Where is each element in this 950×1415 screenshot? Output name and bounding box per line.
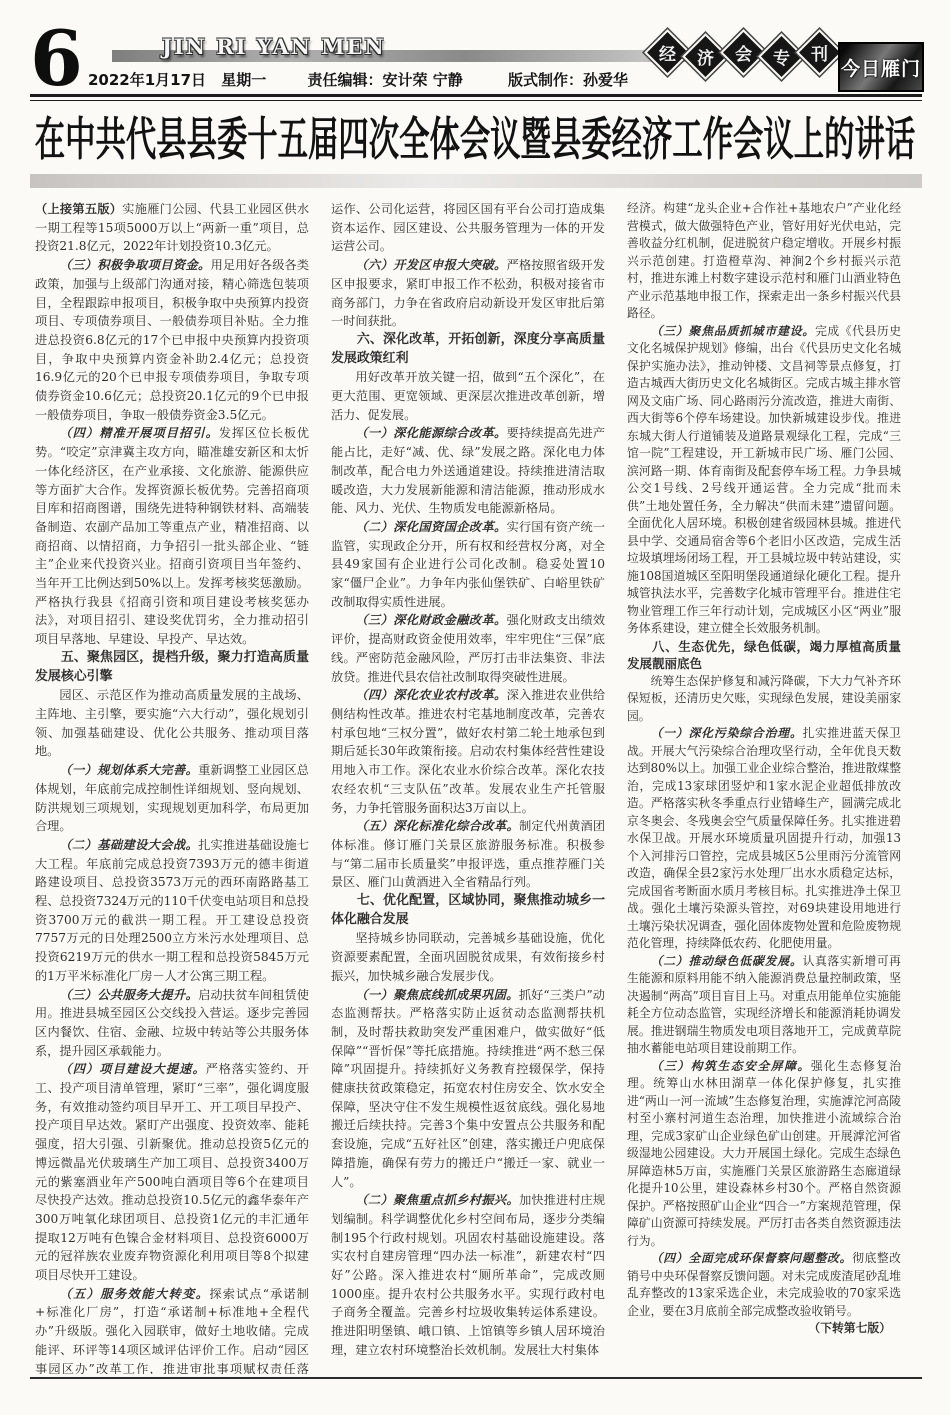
paragraph: （一）规划体系大完善。重新调整工业园区总体规划，年底前完成控制性详细规划、竖向规… bbox=[35, 761, 309, 836]
paragraph: （四）精准开展项目招引。发挥区位长板优势。“咬定”京津冀主攻方向，瞄准雄安新区和… bbox=[35, 424, 309, 648]
paragraph-lead: （三）聚焦品质抓城市建设。 bbox=[651, 324, 815, 338]
dateline: 2022年1月17日 星期一 责任编辑：安计荣 宁静 版式制作：孙爱华 bbox=[88, 69, 628, 90]
paragraph-lead: （五）服务效能大转变。 bbox=[59, 1287, 209, 1301]
logo-text: 今日雁门 bbox=[841, 54, 921, 81]
paragraph-lead: （一）深化能源综合改革。 bbox=[355, 426, 506, 440]
paragraph: （一）聚焦底线抓成果巩固。抓好“三类户”动态监测帮扶。严格落实防止返贫动态监测帮… bbox=[331, 986, 605, 1192]
paragraph: 运作、公司化运营，将园区国有平台公司打造成集资本运作、园区建设、公共服务管理为一… bbox=[331, 200, 605, 256]
paragraph: 统筹生态保护修复和减污降碳，下大力气补齐环保短板，还清历史欠账，实现绿色发展，建… bbox=[627, 673, 901, 726]
paragraph: （三）公共服务大提升。启动扶贫车间租赁使用。推进县城至园区公交线投入营运。逐步完… bbox=[35, 986, 309, 1061]
paragraph: （二）基础建设大会战。扎实推进基础设施七大工程。年底前完成总投资7393万元的德… bbox=[35, 836, 309, 986]
weekday-text: 星期一 bbox=[221, 71, 266, 89]
editor-credit: 责任编辑：安计荣 宁静 bbox=[308, 71, 463, 89]
layout-credit: 版式制作：孙爱华 bbox=[508, 71, 628, 89]
paragraph-text: 用足用好各级各类政策，加强与上级部门沟通对接，精心筛选包装项目，全程跟踪申报项目… bbox=[35, 258, 309, 422]
paragraph-text: 认真落实新增可再生能源和原料用能不纳入能源消费总量控制政策，坚决遏制“两高”项目… bbox=[627, 954, 901, 1056]
banner-char: 刊 bbox=[811, 40, 828, 65]
section-heading: 六、深化改革，开拓创新，深度分享高质量发展政策红利 bbox=[331, 331, 605, 368]
column-3: 经济。构建“龙头企业+合作社+基地农户”产业化经营模式，做大做强特色产业，管好用… bbox=[627, 200, 901, 1374]
paragraph-lead: （三）积极争取项目资金。 bbox=[59, 258, 210, 272]
paragraph-text: 扎实推进蓝天保卫战。开展大气污染综合治理攻坚行动，全年优良天数达到80%以上。加… bbox=[627, 726, 901, 950]
paragraph: （三）积极争取项目资金。用足用好各级各类政策，加强与上级部门沟通对接，精心筛选包… bbox=[35, 256, 309, 424]
paragraph: （四）深化农业农村改革。深入推进农业供给侧结构性改革。推进农村宅基地制度改革，完… bbox=[331, 686, 605, 817]
paragraph: （二）深化国资国企改革。实行国有资产统一监管，实现政企分开，所有权和经营权分离，… bbox=[331, 518, 605, 612]
paragraph: （三）构筑生态安全屏障。强化生态修复治理。统筹山水林田湖草一体化保护修复，扎实推… bbox=[627, 1058, 901, 1251]
paragraph: （六）开发区申报大突破。严格按照省级开发区申报要求，紧盯申报工作不松劲，积极对接… bbox=[331, 256, 605, 331]
paragraph: 园区、示范区作为推动高质量发展的主战场、主阵地、主引擎，要实施“六大行动”，强化… bbox=[35, 686, 309, 761]
paragraph-text: 完成《代县历史文化名城保护规划》修编，出台《代县历史文化名城保护实施办法》，推动… bbox=[627, 324, 901, 636]
continued-from-note: （上接第五版） bbox=[35, 202, 122, 216]
paragraph: （五）深化标准化综合改革。制定代州黄酒团体标准。修订雁门关景区旅游服务标准。积极… bbox=[331, 817, 605, 892]
paragraph-lead: （一）深化污染综合治理。 bbox=[651, 726, 803, 740]
continued-on-note: （下转第七版） bbox=[627, 1320, 901, 1338]
paragraph-lead: （四）精准开展项目招引。 bbox=[59, 426, 218, 440]
paragraph: （五）服务效能大转变。探索试点“承诺制+标准化厂房”，打造“承诺制+标准地+全程… bbox=[35, 1285, 309, 1374]
special-edition-banner: 经 济 会 专 刊 bbox=[648, 38, 838, 71]
paragraph-lead: （三）深化财政金融改革。 bbox=[355, 613, 506, 627]
paragraph: （二）推动绿色低碳发展。认真落实新增可再生能源和原料用能不纳入能源消费总量控制政… bbox=[627, 953, 901, 1058]
newspaper-logo: 今日雁门 bbox=[838, 42, 924, 92]
paragraph-lead: （二）聚焦重点抓乡村振兴。 bbox=[355, 1193, 519, 1207]
paragraph-text: 强化生态修复治理。统筹山水林田湖草一体化保护修复，扎实推进“两山一河一流域”生态… bbox=[627, 1059, 901, 1248]
section-heading: 七、优化配置，区域协同，聚焦推动城乡一体化融合发展 bbox=[331, 892, 605, 929]
paragraph: （四）项目建设大提速。严格落实签约、开工、投产项目清单管理，紧盯“三率”，强化调… bbox=[35, 1060, 309, 1284]
paragraph: 经济。构建“龙头企业+合作社+基地农户”产业化经营模式，做大做强特色产业，管好用… bbox=[627, 200, 901, 323]
banner-diamond: 济 bbox=[684, 36, 725, 77]
article-body: （上接第五版）实施雁门公园、代县工业园区供水一期工程等15项5000万以上“两新… bbox=[35, 200, 901, 1374]
paragraph-lead: （五）深化标准化综合改革。 bbox=[355, 819, 519, 833]
paragraph: （三）深化财政金融改革。强化财政支出绩效评价，提高财政资金使用效率，牢牢兜住“三… bbox=[331, 611, 605, 686]
paragraph: （上接第五版）实施雁门公园、代县工业园区供水一期工程等15项5000万以上“两新… bbox=[35, 200, 309, 256]
paragraph-lead: （三）公共服务大提升。 bbox=[59, 988, 198, 1002]
section-heading: 八、生态优先，绿色低碳，竭力厚植高质量发展靓丽底色 bbox=[627, 638, 901, 673]
column-1: （上接第五版）实施雁门公园、代县工业园区供水一期工程等15项5000万以上“两新… bbox=[35, 200, 309, 1374]
paragraph-text: 深入推进农业供给侧结构性改革。推进农村宅基地制度改革，完善农村承包地“三权分置”… bbox=[331, 688, 605, 814]
paragraph: （一）深化污染综合治理。扎实推进蓝天保卫战。开展大气污染综合治理攻坚行动，全年优… bbox=[627, 725, 901, 953]
banner-char: 会 bbox=[735, 40, 752, 65]
newspaper-page: 6 JIN RI YAN MEN 2022年1月17日 星期一 责任编辑：安计荣… bbox=[0, 0, 950, 1415]
headline-row: 在中共代县县委十五届四次全体会议暨县委经济工作会议上的讲话 bbox=[0, 103, 950, 169]
column-2: 运作、公司化运营，将园区国有平台公司打造成集资本运作、园区建设、公共服务管理为一… bbox=[331, 200, 605, 1374]
paragraph-lead: （六）开发区申报大突破。 bbox=[355, 258, 506, 272]
headline-underband bbox=[30, 174, 922, 188]
paragraph-lead: （一）聚焦底线抓成果巩固。 bbox=[355, 988, 518, 1002]
paragraph-text: 抓好“三类户”动态监测帮扶。严格落实防止返贫动态监测帮扶机制，及时帮扶救助突发严… bbox=[331, 988, 605, 1189]
paragraph-text: 发挥区位长板优势。“咬定”京津冀主攻方向，瞄准雄安新区和太忻一体化经济区，在产业… bbox=[35, 426, 309, 646]
banner-diamond: 专 bbox=[760, 36, 801, 77]
paragraph-text: 严格落实签约、开工、投产项目清单管理，紧盯“三率”，强化调度服务，有效推动签约项… bbox=[35, 1062, 309, 1282]
paragraph-text: 扎实推进基础设施七大工程。年底前完成总投资7393万元的德丰街道路建设项目、总投… bbox=[35, 838, 309, 983]
paragraph: （二）聚焦重点抓乡村振兴。加快推进村庄规划编制。科学调整优化乡村空间布局，逐步分… bbox=[331, 1191, 605, 1359]
date-text: 2022年1月17日 bbox=[88, 71, 206, 89]
paragraph-lead: （四）全面完成环保督察问题整改。 bbox=[651, 1251, 853, 1265]
paragraph-lead: （二）深化国资国企改革。 bbox=[355, 520, 506, 534]
paragraph: （一）深化能源综合改革。要持续提高先进产能占比，走好“减、优、绿”发展之路。深化… bbox=[331, 424, 605, 518]
banner-char: 专 bbox=[773, 44, 790, 69]
paragraph-text: 加快推进村庄规划编制。科学调整优化乡村空间布局，逐步分类编制195个行政村规划。… bbox=[331, 1193, 605, 1357]
main-headline: 在中共代县县委十五届四次全体会议暨县委经济工作会议上的讲话 bbox=[35, 103, 915, 169]
paragraph-lead: （四）深化农业农村改革。 bbox=[355, 688, 506, 702]
header-divider bbox=[30, 94, 922, 101]
paragraph: （四）全面完成环保督察问题整改。彻底整改销号中央环保督察反馈问题。对未完成废渣尾… bbox=[627, 1250, 901, 1320]
paragraph-lead: （二）推动绿色低碳发展。 bbox=[651, 954, 803, 968]
paragraph-lead: （四）项目建设大提速。 bbox=[59, 1062, 205, 1076]
paragraph: 用好改革开放关键一招，做到“五个深化”，在更大范围、更宽领域、更深层次推进改革创… bbox=[331, 368, 605, 424]
banner-diamond: 会 bbox=[722, 32, 763, 73]
paragraph-lead: （三）构筑生态安全屏障。 bbox=[651, 1059, 811, 1073]
page-number: 6 bbox=[30, 24, 83, 94]
banner-diamond: 刊 bbox=[798, 32, 839, 73]
banner-char: 济 bbox=[697, 44, 714, 69]
section-heading: 五、聚焦园区，提档升级，聚力打造高质量发展核心引擎 bbox=[35, 649, 309, 686]
masthead-pinyin: JIN RI YAN MEN bbox=[162, 34, 386, 59]
paragraph: 坚持城乡协同联动，完善城乡基础设施，优化资源要素配置，全面巩固脱贫成果，有效衔接… bbox=[331, 929, 605, 985]
banner-diamond: 经 bbox=[646, 32, 687, 73]
paragraph: （三）聚焦品质抓城市建设。完成《代县历史文化名城保护规划》修编，出台《代县历史文… bbox=[627, 323, 901, 638]
banner-char: 经 bbox=[659, 40, 676, 65]
paragraph-lead: （一）规划体系大完善。 bbox=[59, 763, 198, 777]
paragraph-lead: （二）基础建设大会战。 bbox=[59, 838, 198, 852]
bottom-divider bbox=[30, 1377, 922, 1379]
